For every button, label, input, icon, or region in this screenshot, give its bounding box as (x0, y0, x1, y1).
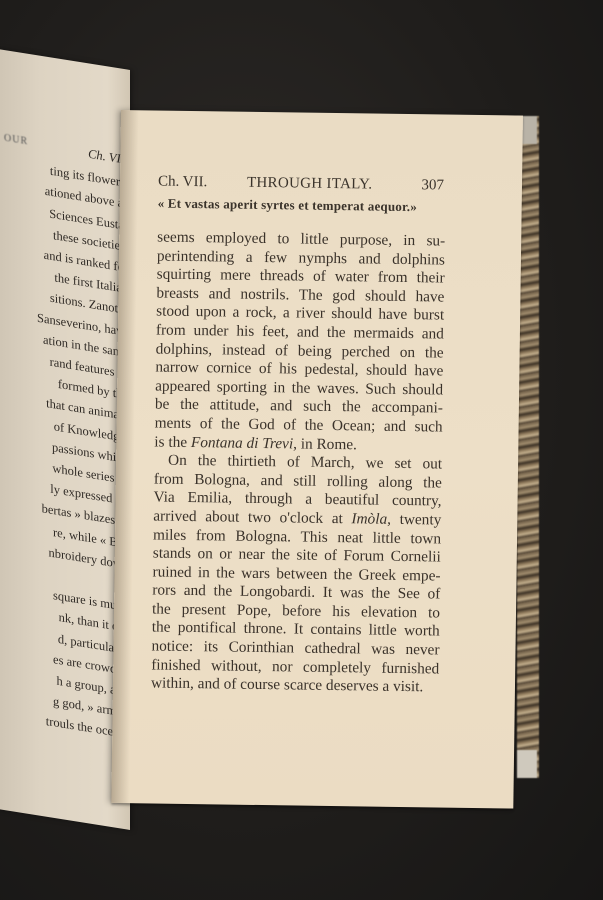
text-line: within, and of course scarce deserves a … (151, 675, 439, 698)
body-text: seems employed to little purpose, in su-… (151, 229, 445, 698)
chapter-label: Ch. VII. (158, 174, 208, 192)
italic-term: Imòla (351, 510, 387, 527)
text-fragment: arrived about two o'clock at (153, 507, 351, 527)
text-fragment: , twenty (387, 511, 441, 529)
running-head: Ch. VII. THROUGH ITALY. 307 (158, 174, 438, 198)
right-page: Ch. VII. THROUGH ITALY. 307 « Et vastas … (111, 110, 523, 809)
italic-term: Fontana di Trevi (191, 434, 293, 452)
epigraph: « Et vastas aperit syrtes et temperat ae… (158, 196, 417, 216)
text-fragment: is the (154, 433, 191, 451)
page-number: 307 (421, 177, 444, 194)
left-page-text: Ch. VII. ting its flowers.ationed above … (0, 130, 128, 746)
running-title: THROUGH ITALY. (247, 175, 373, 194)
text-fragment: , in Rome. (293, 435, 357, 453)
